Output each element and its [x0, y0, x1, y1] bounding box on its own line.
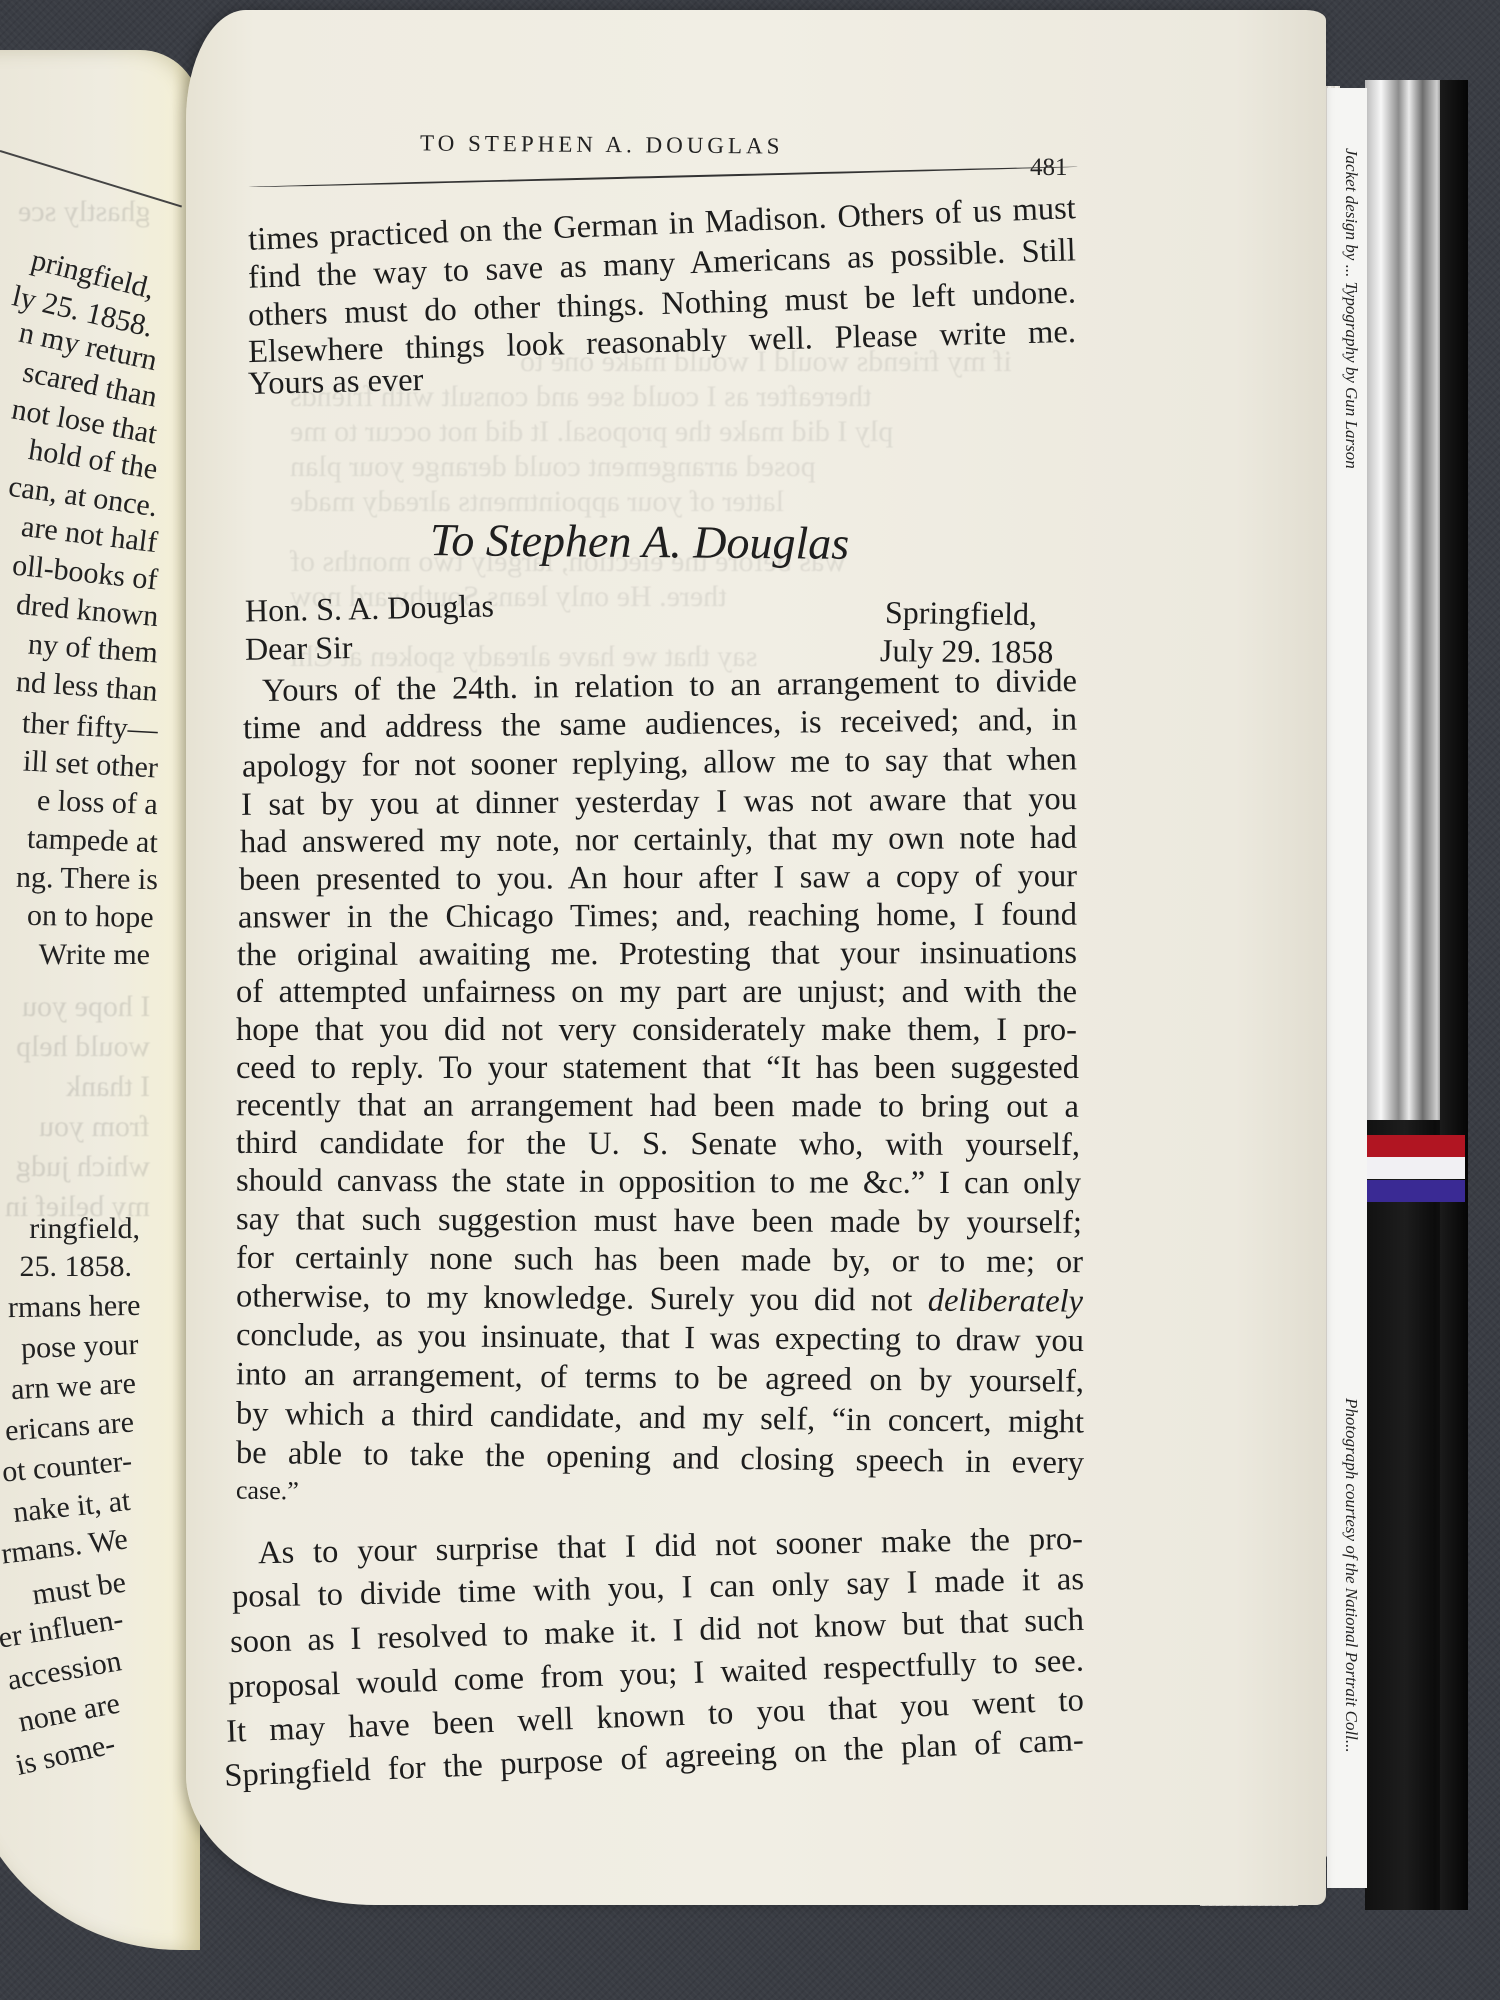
text-line: As to your surprise that I did not soone… [258, 1523, 1083, 1570]
right-page-content: if my friends would I would make one to … [0, 0, 1500, 2000]
closing-line: Yours as ever [248, 364, 424, 400]
addressee: Hon. S. A. Douglas [245, 587, 495, 629]
text-line: apology for not sooner replying, allow m… [242, 743, 1077, 783]
text-line: I sat by you at dinner yesterday I was n… [241, 783, 1077, 821]
text-line: otherwise, to my knowledge. Surely you d… [236, 1280, 1083, 1318]
salutation: Dear Sir [245, 629, 353, 668]
header-rule [248, 166, 1078, 188]
text-line: case.” [236, 1478, 299, 1505]
text-line: say that such suggestion must have been … [236, 1203, 1082, 1239]
text-line: the original awaiting me. Protesting tha… [237, 937, 1077, 972]
text-line: into an arrangement, of terms to be agre… [236, 1358, 1084, 1398]
text-line: ceed to reply. To your statement that “I… [236, 1052, 1079, 1085]
show-through-text: posed arrangement could derange your pla… [290, 450, 816, 484]
text-line: for certainly none such has been made by… [236, 1242, 1083, 1279]
text-line: recently that an arrangement had been ma… [236, 1089, 1079, 1123]
show-through-text: ply I did make the proposal. It did not … [290, 415, 893, 449]
letter-place: Springfield, [885, 594, 1037, 633]
text-line: been presented to you. An hour after I s… [239, 860, 1077, 896]
text-line-start: otherwise, to my knowledge. Surely you d… [236, 1278, 913, 1318]
text-line: hope that you did not very considerately… [236, 1014, 1077, 1047]
italic-emphasis: deliberately [928, 1283, 1083, 1320]
running-head: TO STEPHEN A. DOUGLAS [420, 130, 784, 159]
text-line: of attempted unfairness on my part are u… [236, 976, 1077, 1009]
letter-heading: To Stephen A. Douglas [430, 513, 850, 570]
text-line: should canvass the state in opposition t… [236, 1165, 1081, 1200]
text-line: had answered my note, nor certainly, tha… [240, 822, 1077, 859]
text-line: third candidate for the U. S. Senate who… [236, 1127, 1080, 1162]
text-line: Yours of the 24th. in relation to an arr… [262, 665, 1077, 707]
text-line: by which a third candidate, and my self,… [236, 1398, 1084, 1439]
text-line: conclude, as you insinuate, that I was e… [236, 1319, 1084, 1357]
text-line: time and address the same audiences, is … [243, 704, 1077, 745]
text-line: answer in the Chicago Times; and, reachi… [238, 899, 1077, 934]
text-line: be able to take the opening and closing … [236, 1437, 1084, 1480]
